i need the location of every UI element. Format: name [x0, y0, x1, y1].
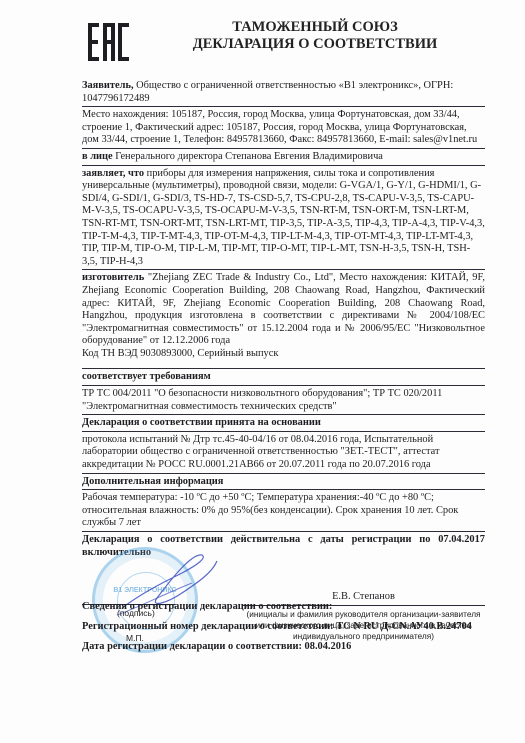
additional-text: Рабочая температура: -10 ºС до +50 ºС; Т… — [82, 492, 485, 530]
divider — [82, 165, 485, 166]
declares-text: приборы для измерения напряжения, силы т… — [82, 168, 485, 267]
manufacturer-label: изготовитель — [82, 272, 144, 283]
basis-label: Декларация о соответствии принята на осн… — [82, 417, 485, 430]
declares-section: заявляет, что приборы для измерения напр… — [82, 168, 485, 269]
conforms-heading: соответствует требованиям — [82, 371, 211, 382]
address-section: Место нахождения: 105187, Россия, город … — [82, 109, 485, 147]
divider — [82, 473, 485, 474]
divider — [82, 148, 485, 149]
basis-heading: Декларация о соответствии принята на осн… — [82, 417, 321, 428]
manufacturer-text: "Zhejiang ZEC Trade & Industry Co., Ltd"… — [82, 272, 485, 346]
applicant-text: Общество с ограниченной ответственностью… — [82, 80, 453, 104]
conforms-text: ТР ТС 004/2011 "О безопасности низковоль… — [82, 388, 485, 413]
representative-text: Генерального директора Степанова Евгения… — [113, 151, 383, 162]
eac-mark-icon — [88, 23, 130, 61]
title-customs-union: ТАМОЖЕННЫЙ СОЮЗ — [180, 19, 450, 36]
conforms-label: соответствует требованиям — [82, 371, 485, 384]
divider — [82, 106, 485, 107]
applicant-section: Заявитель, Общество с ограниченной ответ… — [82, 80, 485, 105]
title-declaration: ДЕКЛАРАЦИЯ О СООТВЕТСТВИИ — [180, 36, 450, 53]
divider — [82, 414, 485, 415]
applicant-label: Заявитель, — [82, 80, 134, 91]
divider — [82, 368, 485, 369]
registration-date: Дата регистрации декларации о соответств… — [82, 641, 502, 652]
divider — [82, 269, 485, 270]
additional-label: Дополнительная информация — [82, 476, 485, 489]
divider — [82, 385, 485, 386]
declaration-body: Заявитель, Общество с ограниченной ответ… — [82, 80, 485, 655]
representative-label: в лице — [82, 151, 113, 162]
divider — [82, 431, 485, 432]
additional-heading: Дополнительная информация — [82, 476, 223, 487]
registration-number: Регистрационный номер декларации о соотв… — [82, 621, 502, 632]
representative-section: в лице Генерального директора Степанова … — [82, 151, 485, 164]
divider — [82, 531, 485, 532]
declares-label: заявляет, что — [82, 168, 144, 179]
declaration-page: ТАМОЖЕННЫЙ СОЮЗ ДЕКЛАРАЦИЯ О СООТВЕТСТВИ… — [0, 0, 525, 743]
registration-section: Сведения о регистрации декларации о соот… — [82, 601, 502, 661]
basis-text: протокола испытаний № Дтр тс.45-40-04/16… — [82, 434, 485, 472]
divider — [82, 489, 485, 490]
document-title: ТАМОЖЕННЫЙ СОЮЗ ДЕКЛАРАЦИЯ О СООТВЕТСТВИ… — [180, 19, 450, 53]
registration-heading: Сведения о регистрации декларации о соот… — [82, 601, 502, 612]
manufacturer-section: изготовитель "Zhejiang ZEC Trade & Indus… — [82, 272, 485, 348]
hs-code: Код ТН ВЭД 9030893000, Серийный выпуск — [82, 348, 485, 361]
